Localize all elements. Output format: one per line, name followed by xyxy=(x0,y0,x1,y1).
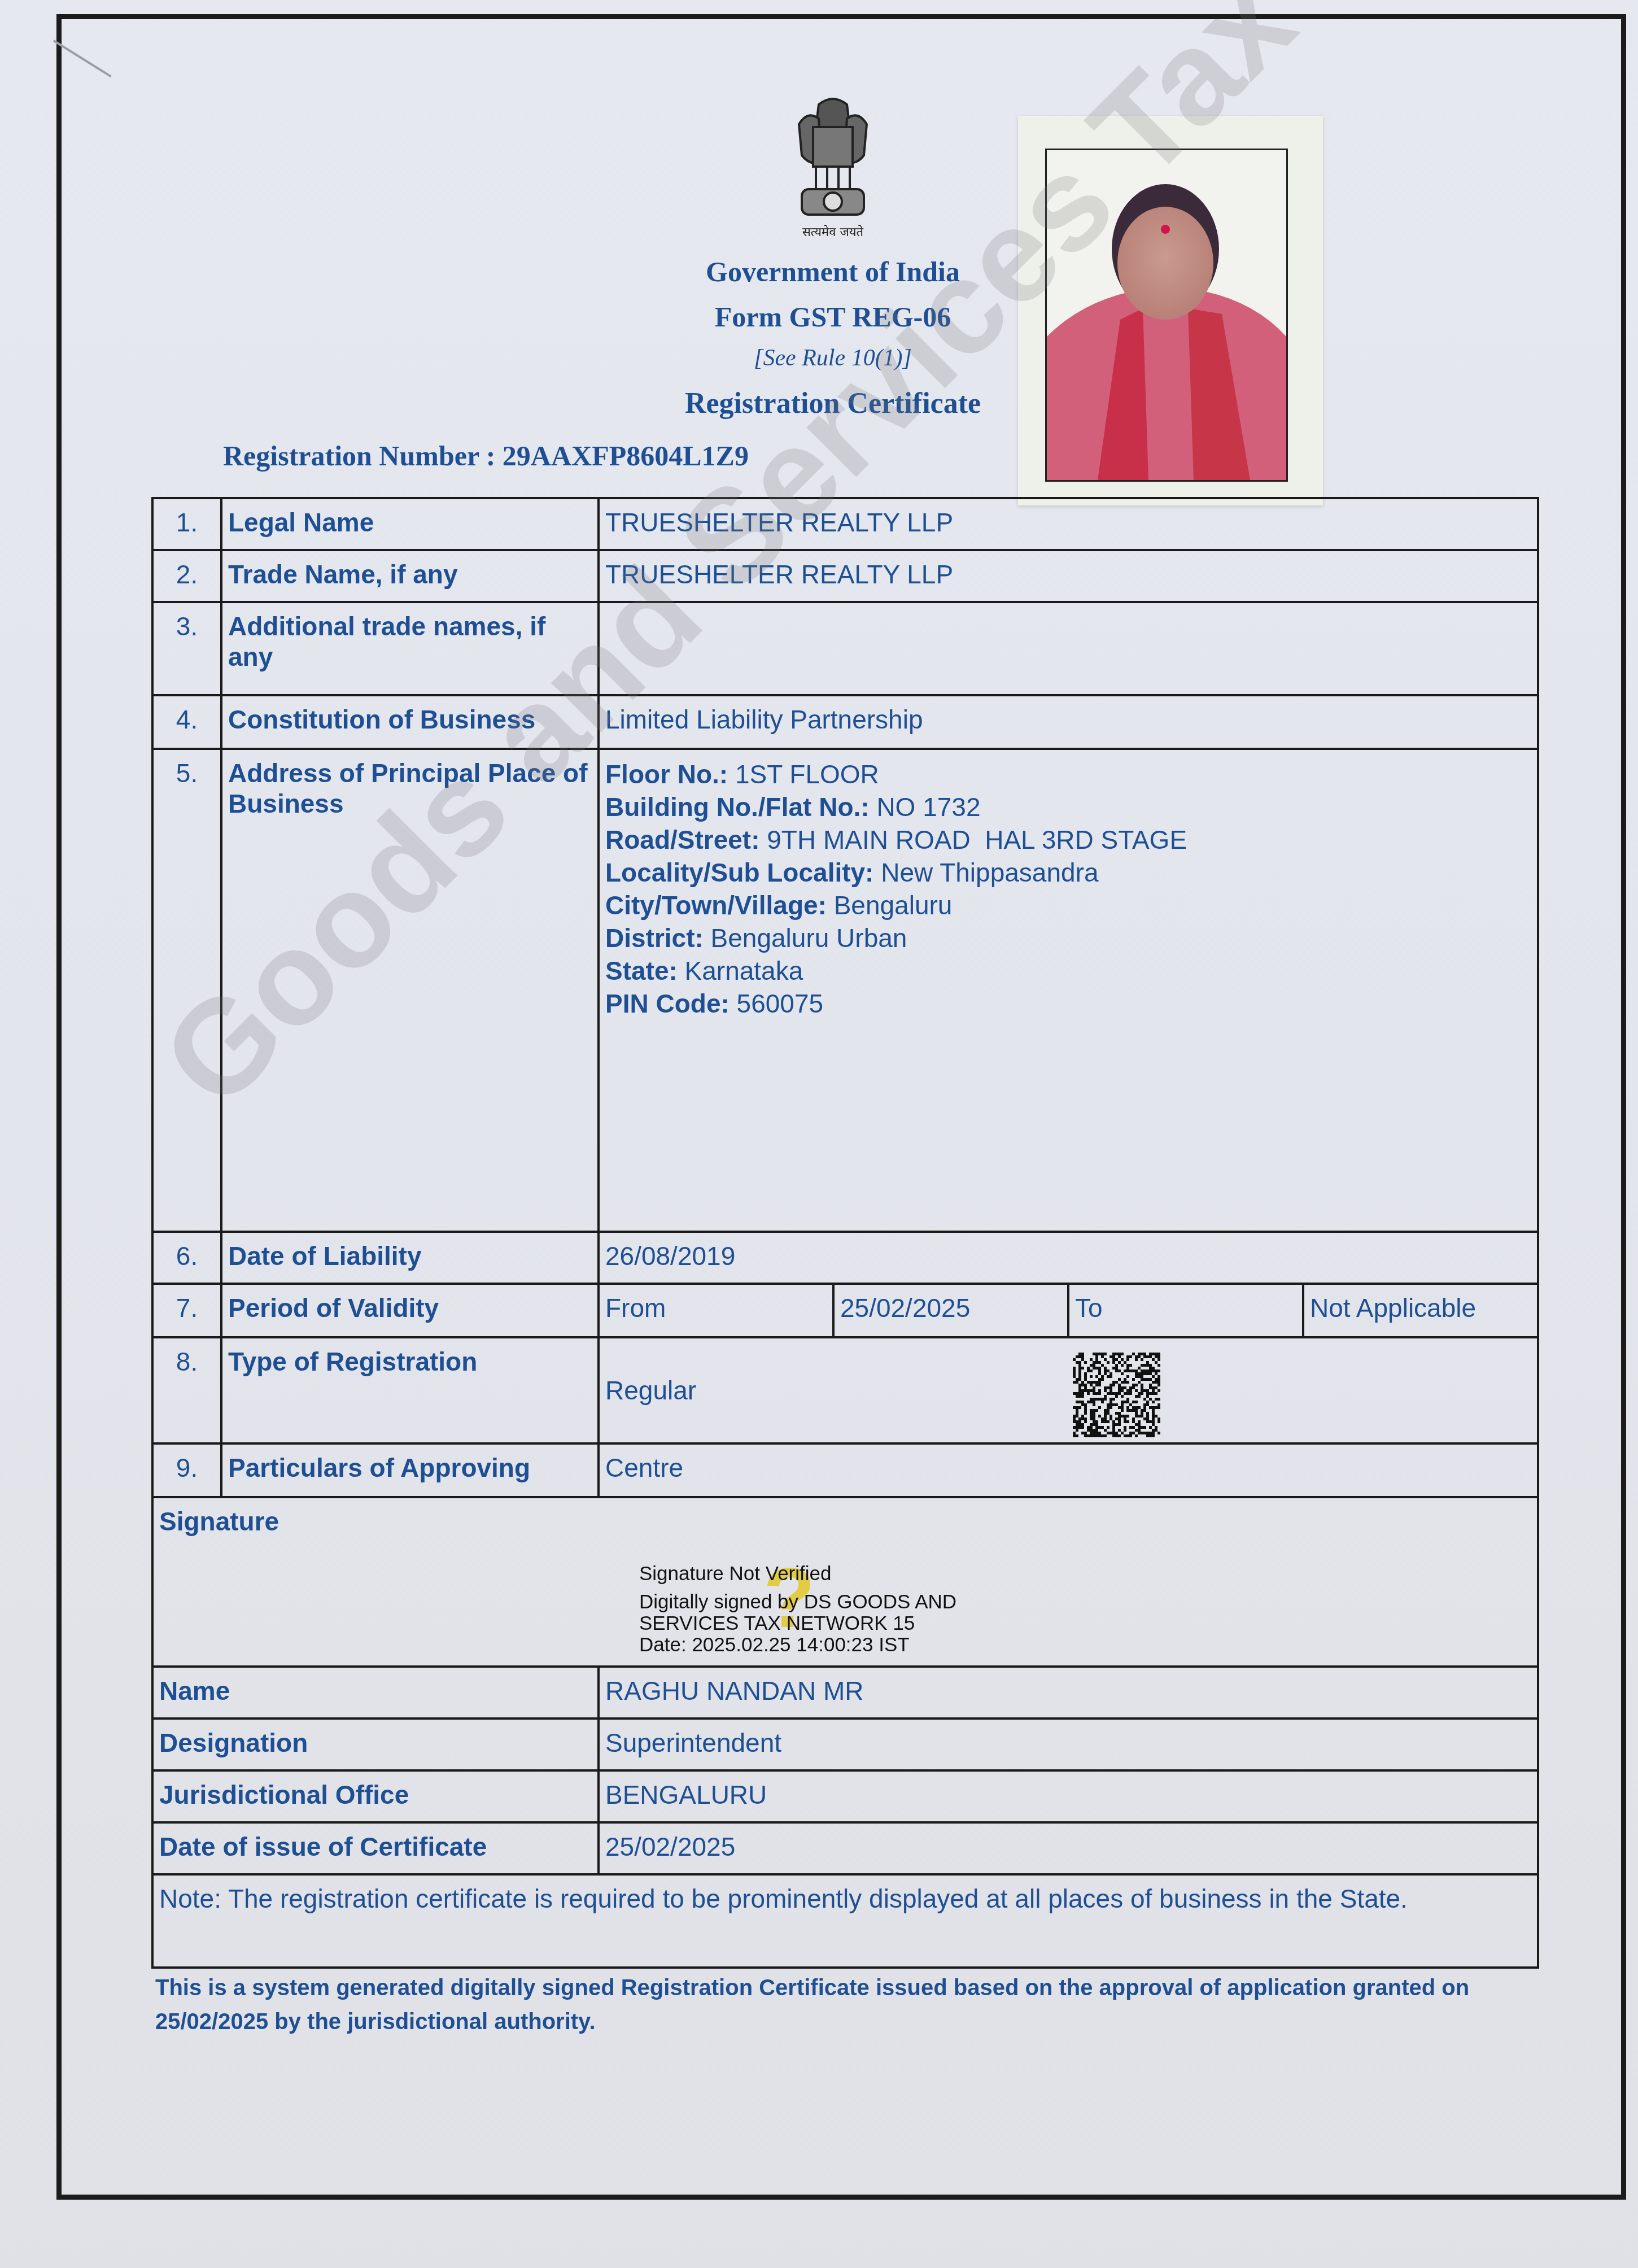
registration-number-label: Registration Number : xyxy=(223,440,495,472)
officer-name-value: RAGHU NANDAN MR xyxy=(599,1667,1538,1719)
address-line: PIN Code: 560075 xyxy=(605,987,1531,1020)
validity-to-label: To xyxy=(1068,1284,1303,1337)
table-row: Jurisdictional Office BENGALURU xyxy=(152,1770,1538,1822)
row-number: 2. xyxy=(152,550,221,602)
state-emblem-icon xyxy=(788,93,878,223)
officer-label: Jurisdictional Office xyxy=(152,1770,599,1822)
row-label: Type of Registration xyxy=(221,1337,599,1443)
registration-number: Registration Number : 29AAXFP8604L1Z9 xyxy=(223,439,749,472)
row-label: Period of Validity xyxy=(221,1284,599,1337)
table-row: 3. Additional trade names, if any xyxy=(152,602,1538,695)
signature-status: Signature Not Verified xyxy=(639,1563,956,1585)
table-row: Name RAGHU NANDAN MR xyxy=(152,1667,1538,1719)
digital-signature-block: Signature Not Verified Digitally signed … xyxy=(639,1563,956,1656)
emblem-motto: सत्यमेव जयते xyxy=(790,223,875,240)
signature-row: Signature ? Signature Not Verified Digit… xyxy=(152,1497,1538,1667)
table-row: 9. Particulars of Approving Centre xyxy=(152,1443,1538,1497)
signature-cell: Signature ? Signature Not Verified Digit… xyxy=(152,1497,1538,1667)
row-number: 3. xyxy=(152,602,221,695)
row-number: 7. xyxy=(152,1284,221,1337)
signature-label: Signature xyxy=(159,1506,1531,1537)
signature-date: Date: 2025.02.25 14:00:23 IST xyxy=(639,1634,956,1656)
address-line: Building No./Flat No.: NO 1732 xyxy=(605,791,1531,823)
table-row: Designation Superintendent xyxy=(152,1719,1538,1770)
row-number: 4. xyxy=(152,695,221,749)
address-line: Road/Street: 9TH MAIN ROAD HAL 3RD STAGE xyxy=(605,823,1531,856)
system-generated-footer: This is a system generated digitally sig… xyxy=(155,1971,1533,2039)
table-row: 2. Trade Name, if any TRUESHELTER REALTY… xyxy=(152,550,1538,602)
issue-date-value: 25/02/2025 xyxy=(599,1822,1538,1874)
additional-trade-names-value xyxy=(599,602,1538,695)
row-number: 9. xyxy=(152,1443,221,1497)
table-row: 8. Type of Registration Regular xyxy=(152,1337,1538,1443)
table-row: Date of issue of Certificate 25/02/2025 xyxy=(152,1822,1538,1874)
signature-signer-line: Digitally signed by DS GOODS AND xyxy=(639,1591,956,1613)
row-label: Date of Liability xyxy=(221,1232,599,1284)
row-label: Particulars of Approving xyxy=(221,1443,599,1497)
signature-signer-line: SERVICES TAX NETWORK 15 xyxy=(639,1613,956,1634)
certificate-page: सत्यमेव जयते Government of India Form GS… xyxy=(0,0,1638,2268)
passport-photo xyxy=(1018,116,1323,505)
trade-name-value: TRUESHELTER REALTY LLP xyxy=(599,550,1538,602)
address-line: Locality/Sub Locality: New Thippasandra xyxy=(605,856,1531,889)
officer-label: Designation xyxy=(152,1719,599,1770)
date-of-liability-value: 26/08/2019 xyxy=(599,1232,1538,1284)
row-label: Legal Name xyxy=(221,498,599,550)
validity-to-date: Not Applicable xyxy=(1303,1284,1538,1337)
approving-authority-value: Centre xyxy=(599,1443,1538,1497)
person-photo xyxy=(1047,150,1286,480)
table-row: 1. Legal Name TRUESHELTER REALTY LLP xyxy=(152,498,1538,550)
row-number: 1. xyxy=(152,498,221,550)
legal-name-value: TRUESHELTER REALTY LLP xyxy=(599,498,1538,550)
row-label: Trade Name, if any xyxy=(221,550,599,602)
registration-details-table: 1. Legal Name TRUESHELTER REALTY LLP 2. … xyxy=(151,497,1539,1969)
registration-type-value: Regular xyxy=(599,1337,1538,1443)
row-label: Address of Principal Place of Business xyxy=(221,749,599,1232)
validity-from-date: 25/02/2025 xyxy=(833,1284,1068,1337)
display-note: Note: The registration certificate is re… xyxy=(152,1874,1538,1968)
qr-code-icon xyxy=(1073,1353,1160,1437)
address-value: Floor No.: 1ST FLOOR Building No./Flat N… xyxy=(599,749,1538,1232)
table-row: 5. Address of Principal Place of Busines… xyxy=(152,749,1538,1232)
address-line: City/Town/Village: Bengaluru xyxy=(605,889,1531,922)
row-number: 5. xyxy=(152,749,221,1232)
row-label: Additional trade names, if any xyxy=(221,602,599,695)
address-line: District: Bengaluru Urban xyxy=(605,922,1531,954)
officer-designation-value: Superintendent xyxy=(599,1719,1538,1770)
table-row: 4. Constitution of Business Limited Liab… xyxy=(152,695,1538,749)
constitution-value: Limited Liability Partnership xyxy=(599,695,1538,749)
table-row: 7. Period of Validity From 25/02/2025 To… xyxy=(152,1284,1538,1337)
registration-number-value: 29AAXFP8604L1Z9 xyxy=(503,440,749,472)
address-line: State: Karnataka xyxy=(605,954,1531,987)
jurisdictional-office-value: BENGALURU xyxy=(599,1770,1538,1822)
row-label: Constitution of Business xyxy=(221,695,599,749)
table-row: 6. Date of Liability 26/08/2019 xyxy=(152,1232,1538,1284)
officer-label: Name xyxy=(152,1667,599,1719)
officer-label: Date of issue of Certificate xyxy=(152,1822,599,1874)
row-number: 6. xyxy=(152,1232,221,1284)
address-line: Floor No.: 1ST FLOOR xyxy=(605,758,1531,791)
note-row: Note: The registration certificate is re… xyxy=(152,1874,1538,1968)
photo-frame xyxy=(1045,149,1288,482)
row-number: 8. xyxy=(152,1337,221,1443)
validity-from-label: From xyxy=(599,1284,833,1337)
